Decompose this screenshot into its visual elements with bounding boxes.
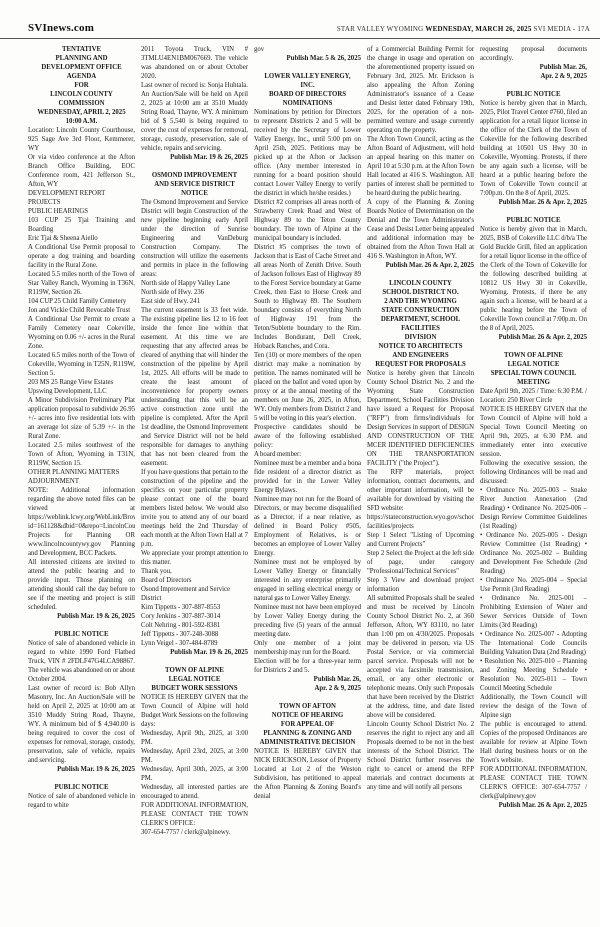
notice-paragraph: Or via video conference at the Afton Bra… xyxy=(28,153,135,189)
notice-paragraph: A Conditional Use Permit proposal to ope… xyxy=(28,243,135,270)
masthead: SVInews.com STAR VALLEY WYOMING WEDNESDA… xyxy=(0,0,600,38)
notice-paragraph: A Minor Subdivision Preliminary Plat app… xyxy=(28,396,135,441)
notice-paragraph: Election will be for a three-year term f… xyxy=(254,657,361,675)
notice-paragraph: 307-654-7757 / clerk@alpinewy. xyxy=(141,828,248,837)
notices-columns: TENTATIVEPLANNING ANDDEVELOPMENT OFFICEA… xyxy=(0,39,600,915)
edition-location: STAR VALLEY WYOMING xyxy=(337,25,426,33)
notice-paragraph: Last owner of record is: Bob Allyn Mason… xyxy=(28,684,135,765)
notice-paragraph: The Osmond Improvement and Service Distr… xyxy=(141,198,248,279)
notice-paragraph: A board member: xyxy=(254,450,361,459)
notice-paragraph: Upswing Development, LLC xyxy=(28,387,135,396)
notice-lines: North side of Happy Valley LaneNorth sid… xyxy=(141,279,248,306)
publish-line: Publish Mar. 19 & 26, 2025 xyxy=(141,648,248,657)
notice-paragraph: Wednesday, April 9th, 2025, at 3:00 PM. xyxy=(141,729,248,747)
notice-heading: LINCOLN COUNTYSCHOOL DISTRICT NO.2 AND T… xyxy=(367,279,474,369)
publish-line: Publish Mar. 26 & Apr. 2, 2025 xyxy=(480,333,587,342)
notice-paragraph: A Conditional Use Permit to create a Fam… xyxy=(28,315,135,351)
notice-heading: TOWN OF ALPINELEGAL NOTICESPECIAL TOWN C… xyxy=(480,351,587,387)
notice-paragraph: https://stateconstruction.wyo.gov/school… xyxy=(367,513,474,531)
notice-paragraph: Location: Lincoln County Courthouse, 925… xyxy=(28,126,135,153)
notice-paragraph: requesting proposal documents accordingl… xyxy=(480,45,587,63)
notice-paragraph: Only one member of a joint membership ma… xyxy=(254,639,361,657)
column-2: 2011 Toyota Truck, VIN # 3TMLU4EN1BM0676… xyxy=(141,45,248,915)
newspaper-page: SVInews.com STAR VALLEY WYOMING WEDNESDA… xyxy=(0,0,600,927)
notice-paragraph: NOTE: Additional information regarding t… xyxy=(28,486,135,531)
notice-paragraph: NOTICE IS HEREBY GIVEN that the Town Cou… xyxy=(141,693,248,729)
publish-line: Publish Mar. 5 & 26, 2025 xyxy=(254,54,361,63)
notice-heading: PUBLIC NOTICE xyxy=(28,783,135,792)
publish-line: Publish Mar. 26 & Apr. 2, 2025 xyxy=(480,801,587,810)
column-1: TENTATIVEPLANNING ANDDEVELOPMENT OFFICEA… xyxy=(28,45,135,915)
notice-paragraph: 203 MS 25 Range View Estates xyxy=(28,378,135,387)
notice-paragraph: Wednesday, April 23rd, 2025, at 3:00 PM. xyxy=(141,747,248,765)
notice-paragraph: • Ordinance No. 2025-003 – Snake River J… xyxy=(480,486,587,531)
notice-paragraph: • Ordinance No. 2025-005 - Design Review… xyxy=(480,531,587,576)
notice-lines: Thank you,Board of DirectorsOsond Improv… xyxy=(141,567,248,648)
notice-paragraph: Step 1 Select "Listing of Upcoming and C… xyxy=(367,531,474,549)
publish-line: Publish Mar. 26 & Apr. 2, 2025 xyxy=(480,198,587,207)
notice-paragraph: District #2 comprises all areas north of… xyxy=(254,198,361,243)
publish-line: Publish Mar. 26 & Apr. 2, 2025 xyxy=(367,261,474,270)
notice-paragraph: Nominee must be a member and a bona fide… xyxy=(254,459,361,495)
notice-paragraph: Projects for Planning OR www.lincolncoun… xyxy=(28,531,135,558)
publish-line: Publish Mar. 19 & 26, 2025 xyxy=(28,612,135,621)
notice-heading: TOWN OF ALPINELEGAL NOTICEBUDGET WORK SE… xyxy=(141,666,248,693)
notice-paragraph: Nominations by petition for Directors to… xyxy=(254,108,361,198)
notice-paragraph: All submitted Proposals shall be sealed … xyxy=(367,594,474,720)
notice-paragraph: Notice is hereby given that in March, 20… xyxy=(480,225,587,333)
notice-paragraph: The RFP materials, project information, … xyxy=(367,468,474,513)
notice-paragraph: gov xyxy=(254,45,361,54)
edition-page-number: SVI MEDIA - 17A xyxy=(532,25,590,33)
notice-paragraph: Nominee must not have been employed by L… xyxy=(254,603,361,639)
notice-heading: TOWN OF AFTONNOTICE OF HEARINGFOR APPEAL… xyxy=(254,702,361,747)
notice-paragraph: All interested citizens are invited to a… xyxy=(28,558,135,612)
edition-info: STAR VALLEY WYOMING WEDNESDAY, MARCH 26,… xyxy=(337,25,590,33)
notice-paragraph: 2011 Toyota Truck, VIN # 3TMLU4EN1BM0676… xyxy=(141,45,248,81)
notice-paragraph: of a Commercial Building Permit for the … xyxy=(367,45,474,135)
notice-paragraph: The current easement is 33 feet wide. Th… xyxy=(141,306,248,468)
notice-paragraph: Located 6.5 miles north of the Town of C… xyxy=(28,351,135,378)
notice-paragraph: FOR ADDITIONAL INFORMATION, PLEASE CONTA… xyxy=(480,765,587,801)
notice-paragraph: Located 5.5 miles north of the Town of S… xyxy=(28,270,135,297)
notice-paragraph: Nominee must not be employed by Lower Va… xyxy=(254,558,361,603)
notice-paragraph: The Afton Town Council, acting as the Af… xyxy=(367,135,474,198)
notice-paragraph: • Ordinance No. 2025-004 – Special Use P… xyxy=(480,576,587,594)
publish-line: Publish Mar. 19 & 26, 2025 xyxy=(28,765,135,774)
notice-paragraph: The public is encouraged to attend. Copi… xyxy=(480,720,587,765)
notice-paragraph: 103 CUP 25 Tjai Training and Boarding xyxy=(28,216,135,234)
notice-paragraph: FOR ADDITIONAL INFORMATION, PLEASE CONTA… xyxy=(141,801,248,828)
notice-paragraph: 104 CUP 25 Child Family Cemetery xyxy=(28,297,135,306)
notice-paragraph: Located 2.5 miles southwest of the Town … xyxy=(28,441,135,468)
notice-paragraph: Jon and Vickie Child Revocable Trust xyxy=(28,306,135,315)
notice-paragraph: If you have questions that pertain to th… xyxy=(141,468,248,549)
notice-paragraph: Wednesday, April 30th, 2025, at 3:00 PM. xyxy=(141,765,248,783)
notice-paragraph: NOTICE IS HEREBY GIVEN that the Town Cou… xyxy=(480,405,587,459)
notice-paragraph: Notice is hereby given that in March, 20… xyxy=(480,99,587,198)
notice-paragraph: Wednesday, all interested parties are en… xyxy=(141,783,248,801)
notice-paragraph: Following the executive session, the fol… xyxy=(480,459,587,486)
notice-lines: OTHER PLANNING MATTERSADJOURNMENT xyxy=(28,468,135,486)
edition-date: WEDNESDAY, MARCH 26, 2025 xyxy=(425,25,531,33)
notice-paragraph: We appreciate your prompt attention to t… xyxy=(141,549,248,567)
notice-paragraph: Step 2 Select the Project at the left si… xyxy=(367,549,474,576)
notice-paragraph: Lincoln County School District No. 2 res… xyxy=(367,720,474,792)
publish-line: Publish Mar. 26,Apr. 2 & 9, 2025 xyxy=(480,63,587,81)
notice-paragraph: Eric Tjai & Sheena Aiello xyxy=(28,234,135,243)
notice-heading: LOWER VALLEY ENERGY,INC.BOARD OF DIRECTO… xyxy=(254,72,361,108)
notice-paragraph: • Ordinance No. 2025-001 – Prohibiting E… xyxy=(480,594,587,630)
notice-paragraph: Date April 9th, 2025 / Time: 6:30 P.M. /… xyxy=(480,387,587,405)
site-name: SVInews.com xyxy=(28,22,94,34)
notice-heading: PUBLIC NOTICE xyxy=(480,90,587,99)
notice-paragraph: District #5 comprises the town of Jackso… xyxy=(254,243,361,351)
notice-paragraph: Last owner of record is: Sonja Huhtala. … xyxy=(141,81,248,153)
publish-line: Publish Mar. 19 & 26, 2025 xyxy=(141,153,248,162)
notice-paragraph: NOTICE IS HEREBY GIVEN that NICK ERICKSO… xyxy=(254,747,361,801)
column-3: govPublish Mar. 5 & 26, 2025LOWER VALLEY… xyxy=(254,45,361,915)
column-5: requesting proposal documents accordingl… xyxy=(480,45,587,915)
notice-heading: TENTATIVEPLANNING ANDDEVELOPMENT OFFICEA… xyxy=(28,45,135,126)
notice-paragraph: Nominee may not run for the Board of Dir… xyxy=(254,495,361,558)
notice-paragraph: Notice of sale of abandoned vehicle in r… xyxy=(28,639,135,684)
notice-heading: OSMOND IMPROVEMENTAND SERVICE DISTRICTNO… xyxy=(141,171,248,198)
notice-heading: PUBLIC NOTICE xyxy=(480,216,587,225)
notice-heading: PUBLIC NOTICE xyxy=(28,630,135,639)
notice-paragraph: • Resolution No. 2025-010 – Planning and… xyxy=(480,657,587,693)
notice-lines: DEVELOPMENT REPORTPROJECTSPUBLIC HEARING… xyxy=(28,189,135,216)
column-4: of a Commercial Building Permit for the … xyxy=(367,45,474,915)
notice-paragraph: Step 3 View and download project informa… xyxy=(367,576,474,594)
notice-paragraph: Ten (10) or more members of the open dis… xyxy=(254,351,361,423)
notice-paragraph: A copy of the Planning & Zoning Boards N… xyxy=(367,198,474,261)
notice-paragraph: Prospective candidates should be aware o… xyxy=(254,423,361,450)
notice-paragraph: Additionally, the Town Council will revi… xyxy=(480,693,587,720)
notice-paragraph: • Ordinance No. 2025-007 - Adopting The … xyxy=(480,630,587,657)
notice-paragraph: Notice is hereby given that Lincoln Coun… xyxy=(367,369,474,468)
publish-line: Publish Mar. 26,Apr. 2 & 9, 2025 xyxy=(254,675,361,693)
notice-paragraph: Notice of sale of abandoned vehicle in r… xyxy=(28,792,135,810)
